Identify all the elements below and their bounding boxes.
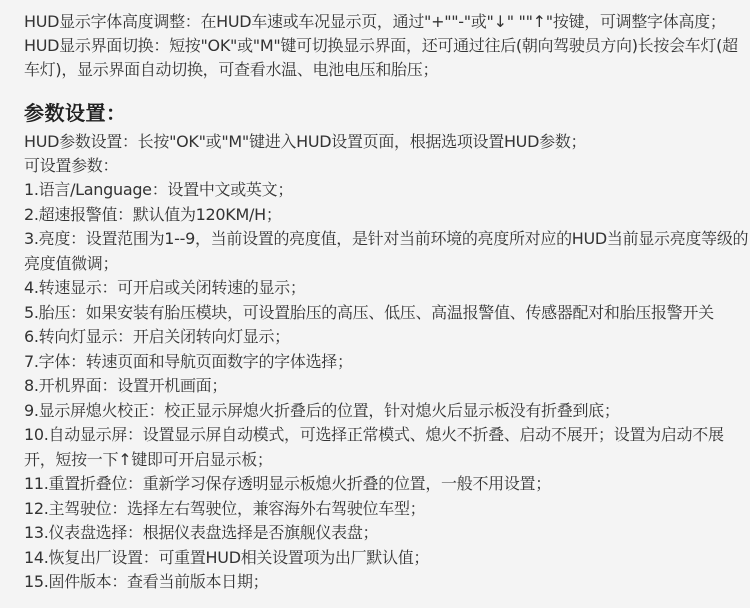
params-section: 参数设置： HUD参数设置：长按"OK"或"M"键进入HUD设置页面，根据选项设… [24, 98, 750, 595]
list-item: 5.胎压：如果安装有胎压模块，可设置胎压的高压、低压、高温报警值、传感器配对和胎… [24, 301, 750, 326]
list-item: 1.语言/Language：设置中文或英文； [24, 178, 750, 203]
list-item: 11.重置折叠位：重新学习保存透明显示板熄火折叠的位置，一般不用设置； [24, 472, 750, 497]
params-subheading: 可设置参数： [24, 154, 744, 178]
list-item: 4.转速显示：可开启或关闭转速的显示； [24, 276, 750, 301]
list-item: 13.仪表盘选择：根据仪表盘选择是否旗舰仪表盘； [24, 521, 750, 546]
document-page: HUD显示字体高度调整：在HUD车速或车况显示页，通过"+""-"或"↓" ""… [0, 0, 750, 595]
list-item: 3.亮度：设置范围为1--9，当前设置的亮度值，是针对当前环境的亮度所对应的HU… [24, 227, 750, 276]
params-description: HUD参数设置：长按"OK"或"M"键进入HUD设置页面，根据选项设置HUD参数… [24, 130, 744, 154]
list-item: 12.主驾驶位：选择左右驾驶位，兼容海外右驾驶位车型； [24, 497, 750, 522]
section-title: 参数设置： [24, 98, 750, 128]
intro-section: HUD显示字体高度调整：在HUD车速或车况显示页，通过"+""-"或"↓" ""… [24, 10, 750, 82]
list-item: 15.固件版本：查看当前版本日期； [24, 570, 750, 595]
list-item: 8.开机界面：设置开机画面； [24, 374, 750, 399]
list-item: 9.显示屏熄火校正：校正显示屏熄火折叠后的位置，针对熄火后显示板没有折叠到底； [24, 399, 750, 424]
params-list: 1.语言/Language：设置中文或英文； 2.超速报警值：默认值为120KM… [24, 178, 750, 595]
display-switch-text: HUD显示界面切换：短按"OK"或"M"键可切换显示界面，还可通过往后(朝向驾驶… [24, 34, 744, 82]
list-item: 6.转向灯显示：开启关闭转向灯显示； [24, 325, 750, 350]
list-item: 7.字体：转速页面和导航页面数字的字体选择； [24, 350, 750, 375]
list-item: 14.恢复出厂设置：可重置HUD相关设置项为出厂默认值； [24, 546, 750, 571]
list-item: 2.超速报警值：默认值为120KM/H； [24, 203, 750, 228]
list-item: 10.自动显示屏：设置显示屏自动模式，可选择正常模式、熄火不折叠、启动不展开；设… [24, 423, 750, 472]
font-height-adjust-text: HUD显示字体高度调整：在HUD车速或车况显示页，通过"+""-"或"↓" ""… [24, 10, 744, 34]
